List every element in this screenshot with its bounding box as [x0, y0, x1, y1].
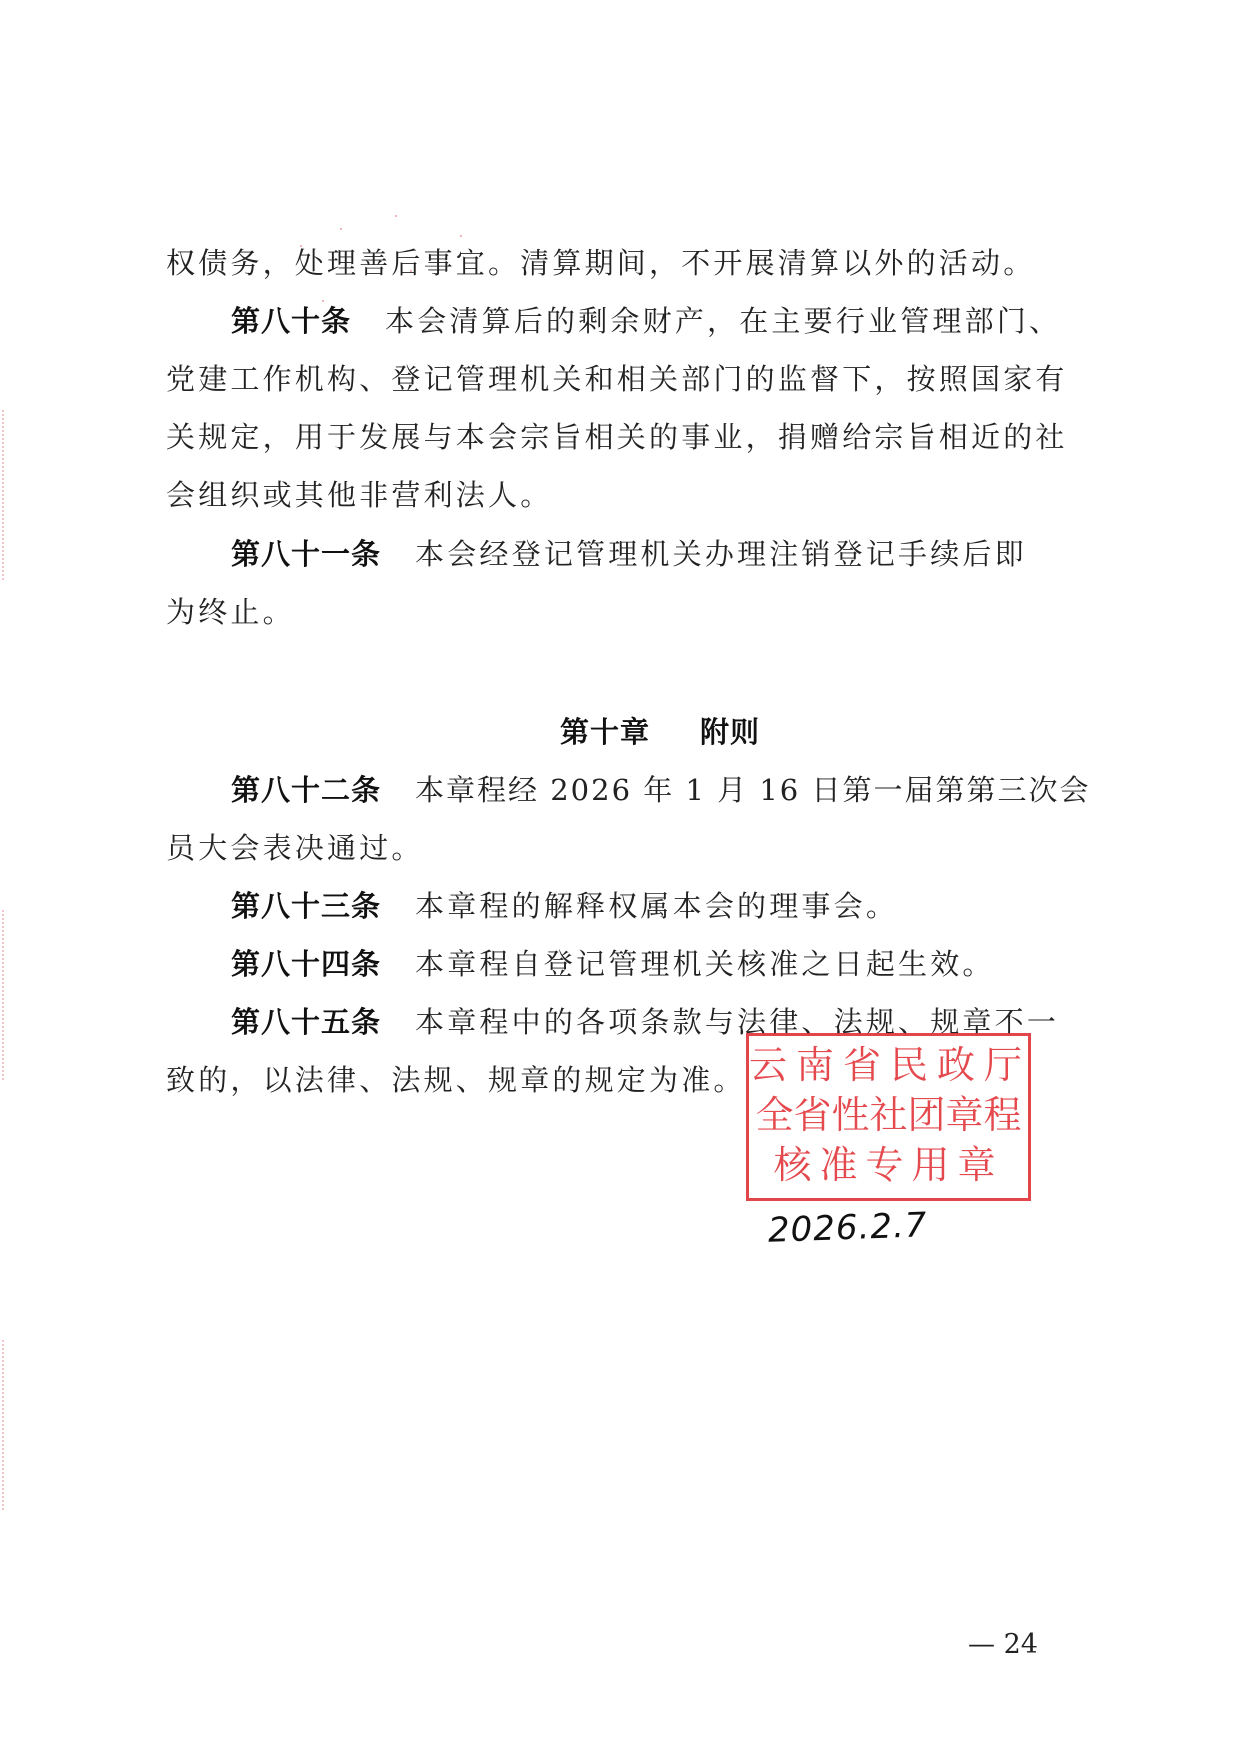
chapter-title: 附则 [700, 715, 760, 749]
page-number: — 24 [968, 1629, 1038, 1660]
paragraph-line: 权债务，处理善后事宜。清算期间，不开展清算以外的活动。 [166, 243, 1086, 283]
line-text: 员大会表决通过。 [166, 831, 424, 865]
article-text: 本会清算后的剩余财产，在主要行业管理部门、 [385, 304, 1061, 338]
article-81: 第八十一条本会经登记管理机关办理注销登记手续后即 [231, 534, 1151, 574]
ink-speck [460, 235, 462, 237]
article-text: 本章程自登记管理机关核准之日起生效。 [415, 947, 995, 981]
article-text: 本章程经 2026 年 1 月 16 日第一届第第三次会 [415, 773, 1090, 807]
paragraph-line: 关规定，用于发展与本会宗旨相关的事业，捐赠给宗旨相近的社 [166, 417, 1086, 457]
paragraph-line: 会组织或其他非营利法人。 [166, 475, 1086, 515]
article-text: 本章程的解释权属本会的理事会。 [415, 889, 898, 923]
article-number: 第八十三条 [231, 889, 381, 923]
line-text: 党建工作机构、登记管理机关和相关部门的监督下，按照国家有 [166, 362, 1068, 396]
binding-mark [2, 1340, 34, 1510]
article-83: 第八十三条本章程的解释权属本会的理事会。 [231, 886, 1151, 926]
article-number: 第八十条 [231, 304, 351, 338]
binding-mark [2, 910, 34, 1080]
article-80: 第八十条本会清算后的剩余财产，在主要行业管理部门、 [231, 301, 1151, 341]
article-number: 第八十一条 [231, 537, 381, 571]
line-text: 为终止。 [166, 595, 295, 629]
chapter-number: 第十章 [560, 715, 650, 749]
article-84: 第八十四条本章程自登记管理机关核准之日起生效。 [231, 944, 1151, 984]
article-number: 第八十四条 [231, 947, 381, 981]
line-text: 关规定，用于发展与本会宗旨相关的事业，捐赠给宗旨相近的社 [166, 420, 1068, 454]
article-text: 本会经登记管理机关办理注销登记手续后即 [415, 537, 1027, 571]
article-82: 第八十二条本章程经 2026 年 1 月 16 日第一届第第三次会 [231, 770, 1151, 810]
chapter-heading: 第十章附则 [560, 712, 760, 752]
line-text: 会组织或其他非营利法人。 [166, 478, 552, 512]
stamp-line-2: 全省性社团章程 [749, 1090, 1028, 1140]
article-number: 第八十五条 [231, 1005, 381, 1039]
ink-speck [340, 228, 342, 230]
approval-stamp: 云南省民政厅 全省性社团章程 核准专用章 [746, 1033, 1031, 1201]
line-text: 权债务，处理善后事宜。清算期间，不开展清算以外的活动。 [166, 246, 1035, 280]
paragraph-line: 员大会表决通过。 [166, 828, 1086, 868]
handwritten-date: 2026.2.7 [767, 1205, 928, 1251]
paragraph-line: 为终止。 [166, 592, 1086, 632]
stamp-line-1: 云南省民政厅 [749, 1040, 1028, 1090]
paragraph-line: 党建工作机构、登记管理机关和相关部门的监督下，按照国家有 [166, 359, 1086, 399]
stamp-line-3: 核准专用章 [749, 1140, 1028, 1190]
ink-speck [395, 215, 397, 217]
article-number: 第八十二条 [231, 773, 381, 807]
line-text: 致的，以法律、法规、规章的规定为准。 [166, 1063, 746, 1097]
document-page: 权债务，处理善后事宜。清算期间，不开展清算以外的活动。 第八十条本会清算后的剩余… [0, 0, 1240, 1754]
binding-mark [2, 410, 34, 580]
